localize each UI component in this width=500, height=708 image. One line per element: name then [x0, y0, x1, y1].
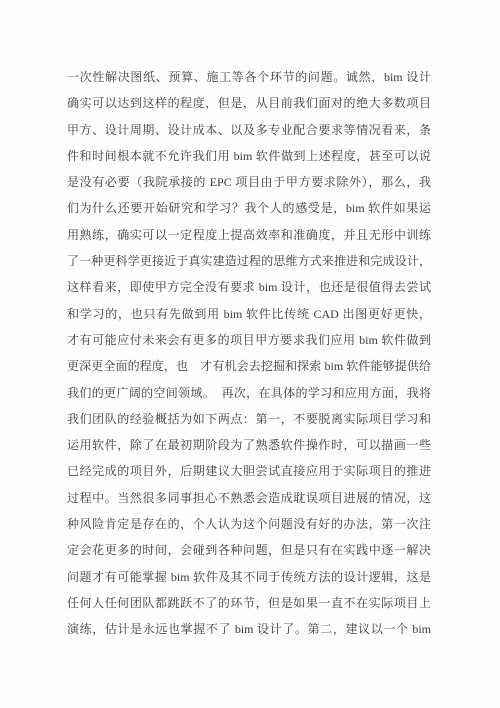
- text-line: 已经完成的项目外，后期建议大胆尝试直接应用于实际项目的推进: [67, 458, 431, 484]
- paragraph: 一次性解决图纸、预算、施工等各个环节的问题。诚然，bim 设计确实可以达到这样的…: [67, 64, 431, 643]
- text-line: 演练，估计是永远也掌握不了 bim 设计了。第二，建议以一个 bim: [67, 616, 431, 642]
- text-line: 定会花更多的时间，会碰到各种问题，但是只有在实践中逐一解决: [67, 537, 431, 563]
- text-line: 件和时间根本就不允许我们用 bim 软件做到上述程度，甚至可以说: [67, 143, 431, 169]
- text-line: 更深更全面的程度，也 才有机会去挖掘和探索 bim 软件能够提供给: [67, 353, 431, 379]
- text-line: 运用软件，除了在最初期阶段为了熟悉软件操作时，可以描画一些: [67, 432, 431, 458]
- text-line: 确实可以达到这样的程度，但是，从目前我们面对的绝大多数项目: [67, 90, 431, 116]
- text-line: 们为什么还要开始研究和学习？我个人的感受是，bim 软件如果运: [67, 195, 431, 221]
- text-line: 和学习的，也只有先做到用 bim 软件比传统 CAD 出图更好更快，: [67, 301, 431, 327]
- text-line: 了一种更科学更接近于真实建造过程的思维方式来推进和完成设计，: [67, 248, 431, 274]
- text-line: 种风险肯定是存在的，个人认为这个问题没有好的办法，第一次注: [67, 511, 431, 537]
- text-line: 是没有必要（我院承接的 EPC 项目由于甲方要求除外），那么，我: [67, 169, 431, 195]
- text-line: 过程中。当然很多同事担心不熟悉会造成耽误项目进展的情况，这: [67, 485, 431, 511]
- text-line: 我们的更广阔的空间领域。 再次，在具体的学习和应用方面，我将: [67, 380, 431, 406]
- document-page: 一次性解决图纸、预算、施工等各个环节的问题。诚然，bim 设计确实可以达到这样的…: [0, 0, 500, 708]
- text-line: 任何人任何团队都跳跃不了的环节，但是如果一直不在实际项目上: [67, 590, 431, 616]
- text-line: 问题才有可能掌握 bim 软件及其不同于传统方法的设计逻辑，这是: [67, 564, 431, 590]
- text-line: 用熟练，确实可以一定程度上提高效率和准确度，并且无形中训练: [67, 222, 431, 248]
- text-line: 一次性解决图纸、预算、施工等各个环节的问题。诚然，bim 设计: [67, 64, 431, 90]
- text-line: 这样看来，即使甲方完全没有要求 bim 设计，也还是很值得去尝试: [67, 274, 431, 300]
- text-line: 甲方、设计周期、设计成本、以及多专业配合要求等情况看来，条: [67, 117, 431, 143]
- text-line: 才有可能应付未来会有更多的项目甲方要求我们应用 bim 软件做到: [67, 327, 431, 353]
- text-line: 我们团队的经验概括为如下两点：第一，不要脱离实际项目学习和: [67, 406, 431, 432]
